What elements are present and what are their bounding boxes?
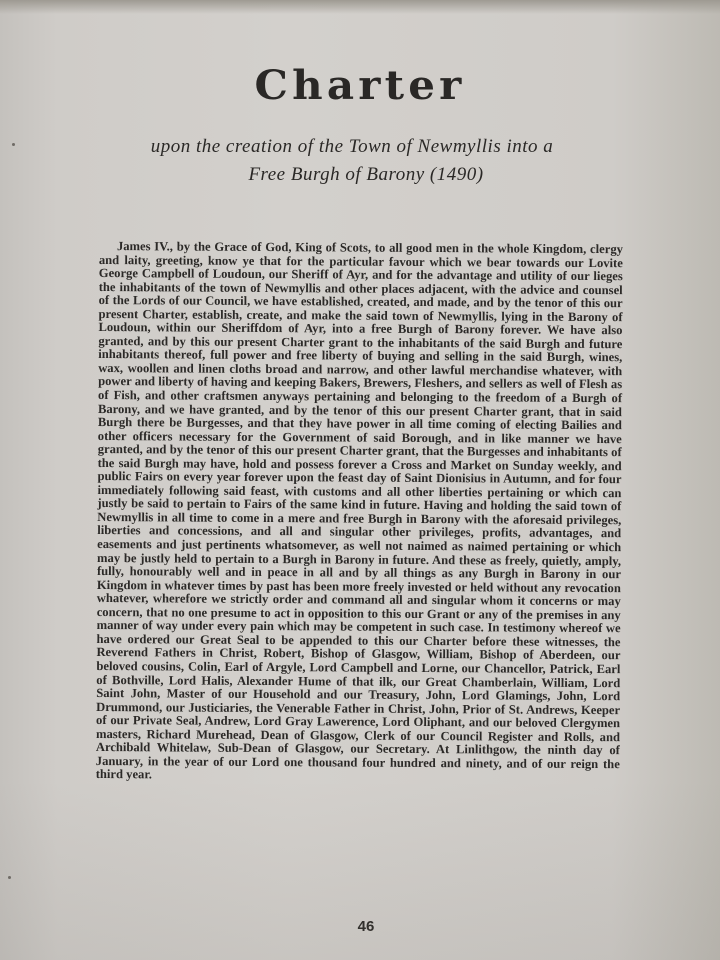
book-page: Charter upon the creation of the Town of… [0,0,720,960]
paper-speck [12,143,15,146]
subtitle-line-2: Free Burgh of Barony (1490) [6,164,720,186]
page-title: Charter [0,62,720,109]
paper-speck [8,876,11,879]
subtitle-line-1: upon the creation of the Town of Newmyll… [0,136,712,158]
page-number: 46 [0,918,720,935]
charter-body-text: James IV., by the Grace of God, King of … [96,240,623,785]
